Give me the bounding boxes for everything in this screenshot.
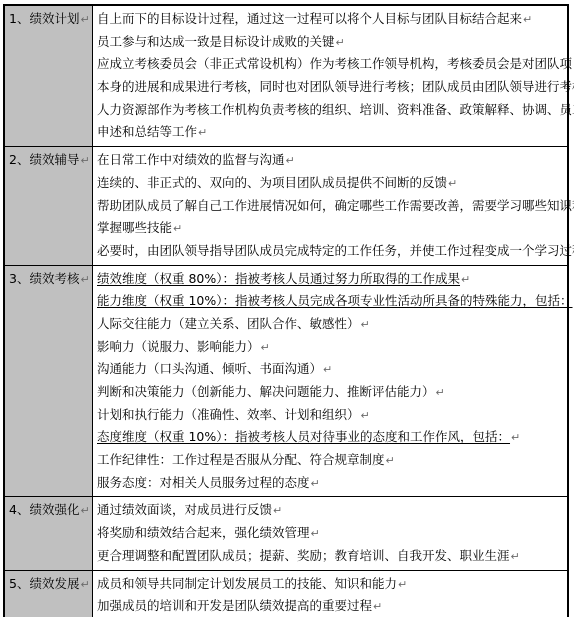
content-line: 必要时，由团队领导指导团队成员完成特定的工作任务，并使工作过程变成一个学习过程↵ xyxy=(97,240,563,263)
paragraph-return-mark: ↵ xyxy=(310,527,320,540)
content-line-text: 应成立考核委员会（非正式常设机构）作为考核工作领导机构，考核委员会是对团队项目 xyxy=(97,56,574,71)
content-line: 成员和领导共同制定计划发展员工的技能、知识和能力↵ xyxy=(97,573,563,596)
performance-management-table: 1、绩效计划↵自上而下的目标设计过程，通过这一过程可以将个人目标与团队目标结合起… xyxy=(3,4,569,617)
paragraph-return-mark: ↵ xyxy=(272,504,282,517)
content-line: 沟通能力（口头沟通、倾听、书面沟通）↵ xyxy=(97,358,563,381)
content-line-text: 成员和领导共同制定计划发展员工的技能、知识和能力 xyxy=(97,576,397,591)
paragraph-return-mark: ↵ xyxy=(79,273,89,286)
paragraph-return-mark: ↵ xyxy=(197,126,207,139)
paragraph-return-mark: ↵ xyxy=(79,13,89,26)
paragraph-return-mark: ↵ xyxy=(79,154,89,167)
paragraph-return-mark: ↵ xyxy=(260,341,270,354)
content-line: 自上而下的目标设计过程，通过这一过程可以将个人目标与团队目标结合起来↵ xyxy=(97,8,563,31)
content-line-text: 本身的进展和成果进行考核，同时也对团队领导进行考核；团队成员由团队领导进行考核 xyxy=(97,79,574,94)
row-content-cell[interactable]: 自上而下的目标设计过程，通过这一过程可以将个人目标与团队目标结合起来↵员工参与和… xyxy=(93,5,569,147)
content-line: 工作纪律性：工作过程是否服从分配、符合规章制度↵ xyxy=(97,449,563,472)
row-label-cell[interactable]: 1、绩效计划↵ xyxy=(4,5,93,147)
row-label-cell[interactable]: 2、绩效辅导↵ xyxy=(4,147,93,265)
content-line-text: 申述和总结等工作 xyxy=(97,124,197,139)
content-line-text: 通过绩效面谈，对成员进行反馈 xyxy=(97,502,272,517)
table-row: 3、绩效考核↵绩效维度（权重 80%）：指被考核人员通过努力所取得的工作成果↵能… xyxy=(4,265,568,497)
content-line: 能力维度（权重 10%）：指被考核人员完成各项专业性活动所具备的特殊能力，包括：… xyxy=(97,290,563,313)
row-label-text: 4、绩效强化 xyxy=(9,502,79,517)
content-line: 应成立考核委员会（非正式常设机构）作为考核工作领导机构，考核委员会是对团队项目 xyxy=(97,53,563,76)
table-row: 1、绩效计划↵自上而下的目标设计过程，通过这一过程可以将个人目标与团队目标结合起… xyxy=(4,5,568,147)
table-row: 4、绩效强化↵通过绩效面谈，对成员进行反馈↵将奖励和绩效结合起来，强化绩效管理↵… xyxy=(4,497,568,570)
dimension-heading-text: 绩效维度（权重 80%）：指被考核人员通过努力所取得的工作成果 xyxy=(97,271,460,286)
paragraph-return-mark: ↵ xyxy=(397,578,407,591)
paragraph-return-mark: ↵ xyxy=(435,386,445,399)
row-label-text: 3、绩效考核 xyxy=(9,271,79,286)
row-label-line: 3、绩效考核↵ xyxy=(9,268,88,292)
row-label-cell[interactable]: 5、绩效发展↵ xyxy=(4,570,93,617)
row-label-line: 5、绩效发展↵ xyxy=(9,573,88,597)
table-row: 2、绩效辅导↵在日常工作中对绩效的监督与沟通↵连续的、非正式的、双向的、为项目团… xyxy=(4,147,568,265)
content-line-text: 自上而下的目标设计过程，通过这一过程可以将个人目标与团队目标结合起来 xyxy=(97,11,522,26)
content-line: 连续的、非正式的、双向的、为项目团队成员提供不间断的反馈↵ xyxy=(97,172,563,195)
content-line: 将奖励和绩效结合起来，强化绩效管理↵ xyxy=(97,522,563,545)
paragraph-return-mark: ↵ xyxy=(172,222,182,235)
row-label-text: 5、绩效发展 xyxy=(9,576,79,591)
paragraph-return-mark: ↵ xyxy=(322,363,332,376)
row-label-line: 4、绩效强化↵ xyxy=(9,499,88,523)
paragraph-return-mark: ↵ xyxy=(335,36,345,49)
row-label-cell[interactable]: 3、绩效考核↵ xyxy=(4,265,93,497)
content-line: 判断和决策能力（创新能力、解决问题能力、推断评估能力）↵ xyxy=(97,381,563,404)
content-line-text: 人力资源部作为考核工作机构负责考核的组织、培训、资料准备、政策解释、协调、员工 xyxy=(97,102,574,117)
content-line: 更合理调整和配置团队成员；提薪、奖励；教育培训、自我开发、职业生涯↵ xyxy=(97,545,563,568)
content-line-text: 沟通能力（口头沟通、倾听、书面沟通） xyxy=(97,361,322,376)
content-line-text: 必要时，由团队领导指导团队成员完成特定的工作任务，并使工作过程变成一个学习过程 xyxy=(97,243,574,258)
content-line-text: 工作纪律性：工作过程是否服从分配、符合规章制度 xyxy=(97,452,385,467)
content-line: 绩效维度（权重 80%）：指被考核人员通过努力所取得的工作成果↵ xyxy=(97,268,563,291)
row-label-cell[interactable]: 4、绩效强化↵ xyxy=(4,497,93,570)
paragraph-return-mark: ↵ xyxy=(372,600,382,613)
row-content-cell[interactable]: 成员和领导共同制定计划发展员工的技能、知识和能力↵加强成员的培训和开发是团队绩效… xyxy=(93,570,569,617)
content-line: 服务态度：对相关人员服务过程的态度↵ xyxy=(97,472,563,495)
row-content-cell[interactable]: 在日常工作中对绩效的监督与沟通↵连续的、非正式的、双向的、为项目团队成员提供不间… xyxy=(93,147,569,265)
paragraph-return-mark: ↵ xyxy=(385,454,395,467)
content-line: 人际交往能力（建立关系、团队合作、敏感性）↵ xyxy=(97,313,563,336)
content-line: 计划和执行能力（准确性、效率、计划和组织）↵ xyxy=(97,404,563,427)
row-label-line: 1、绩效计划↵ xyxy=(9,8,88,32)
paragraph-return-mark: ↵ xyxy=(510,550,520,563)
paragraph-return-mark: ↵ xyxy=(460,273,470,286)
content-line: 在日常工作中对绩效的监督与沟通↵ xyxy=(97,149,563,172)
content-line-text: 人际交往能力（建立关系、团队合作、敏感性） xyxy=(97,316,360,331)
paragraph-return-mark: ↵ xyxy=(310,477,320,490)
content-line-text: 掌握哪些技能 xyxy=(97,220,172,235)
paragraph-return-mark: ↵ xyxy=(360,318,370,331)
content-line: 员工参与和达成一致是目标设计成败的关键↵ xyxy=(97,31,563,54)
content-line: 申述和总结等工作↵ xyxy=(97,121,563,144)
paragraph-return-mark: ↵ xyxy=(79,578,89,591)
content-line-text: 服务态度：对相关人员服务过程的态度 xyxy=(97,475,310,490)
paragraph-return-mark: ↵ xyxy=(510,431,520,444)
content-line: 加强成员的培训和开发是团队绩效提高的重要过程↵ xyxy=(97,595,563,617)
document-page: 1、绩效计划↵自上而下的目标设计过程，通过这一过程可以将个人目标与团队目标结合起… xyxy=(0,0,574,617)
content-line: 掌握哪些技能↵ xyxy=(97,217,563,240)
content-line: 本身的进展和成果进行考核，同时也对团队领导进行考核；团队成员由团队领导进行考核↵ xyxy=(97,76,563,99)
content-line-text: 加强成员的培训和开发是团队绩效提高的重要过程 xyxy=(97,598,372,613)
content-line-text: 连续的、非正式的、双向的、为项目团队成员提供不间断的反馈 xyxy=(97,175,447,190)
content-line-text: 影响力（说服力、影响能力） xyxy=(97,339,260,354)
row-label-line: 2、绩效辅导↵ xyxy=(9,149,88,173)
performance-table-body: 1、绩效计划↵自上而下的目标设计过程，通过这一过程可以将个人目标与团队目标结合起… xyxy=(4,5,568,617)
content-line: 通过绩效面谈，对成员进行反馈↵ xyxy=(97,499,563,522)
paragraph-return-mark: ↵ xyxy=(285,154,295,167)
table-row: 5、绩效发展↵成员和领导共同制定计划发展员工的技能、知识和能力↵加强成员的培训和… xyxy=(4,570,568,617)
row-label-text: 1、绩效计划 xyxy=(9,11,79,26)
row-content-cell[interactable]: 绩效维度（权重 80%）：指被考核人员通过努力所取得的工作成果↵能力维度（权重 … xyxy=(93,265,569,497)
content-line: 态度维度（权重 10%）：指被考核人员对待事业的态度和工作作风，包括：↵ xyxy=(97,426,563,449)
content-line-text: 将奖励和绩效结合起来，强化绩效管理 xyxy=(97,525,310,540)
dimension-heading-text: 态度维度（权重 10%）：指被考核人员对待事业的态度和工作作风，包括： xyxy=(97,429,510,444)
content-line: 帮助团队成员了解自己工作进展情况如何，确定哪些工作需要改善，需要学习哪些知识和 xyxy=(97,195,563,218)
content-line: 影响力（说服力、影响能力）↵ xyxy=(97,336,563,359)
row-label-text: 2、绩效辅导 xyxy=(9,152,79,167)
paragraph-return-mark: ↵ xyxy=(522,13,532,26)
content-line-text: 计划和执行能力（准确性、效率、计划和组织） xyxy=(97,407,360,422)
paragraph-return-mark: ↵ xyxy=(79,504,89,517)
content-line: 人力资源部作为考核工作机构负责考核的组织、培训、资料准备、政策解释、协调、员工 xyxy=(97,99,563,122)
content-line-text: 帮助团队成员了解自己工作进展情况如何，确定哪些工作需要改善，需要学习哪些知识和 xyxy=(97,198,574,213)
row-content-cell[interactable]: 通过绩效面谈，对成员进行反馈↵将奖励和绩效结合起来，强化绩效管理↵更合理调整和配… xyxy=(93,497,569,570)
paragraph-return-mark: ↵ xyxy=(360,409,370,422)
paragraph-return-mark: ↵ xyxy=(447,177,457,190)
dimension-heading-text: 能力维度（权重 10%）：指被考核人员完成各项专业性活动所具备的特殊能力，包括： xyxy=(97,293,573,308)
content-line-text: 在日常工作中对绩效的监督与沟通 xyxy=(97,152,285,167)
content-line-text: 更合理调整和配置团队成员；提薪、奖励；教育培训、自我开发、职业生涯 xyxy=(97,548,510,563)
content-line-text: 员工参与和达成一致是目标设计成败的关键 xyxy=(97,34,335,49)
content-line-text: 判断和决策能力（创新能力、解决问题能力、推断评估能力） xyxy=(97,384,435,399)
